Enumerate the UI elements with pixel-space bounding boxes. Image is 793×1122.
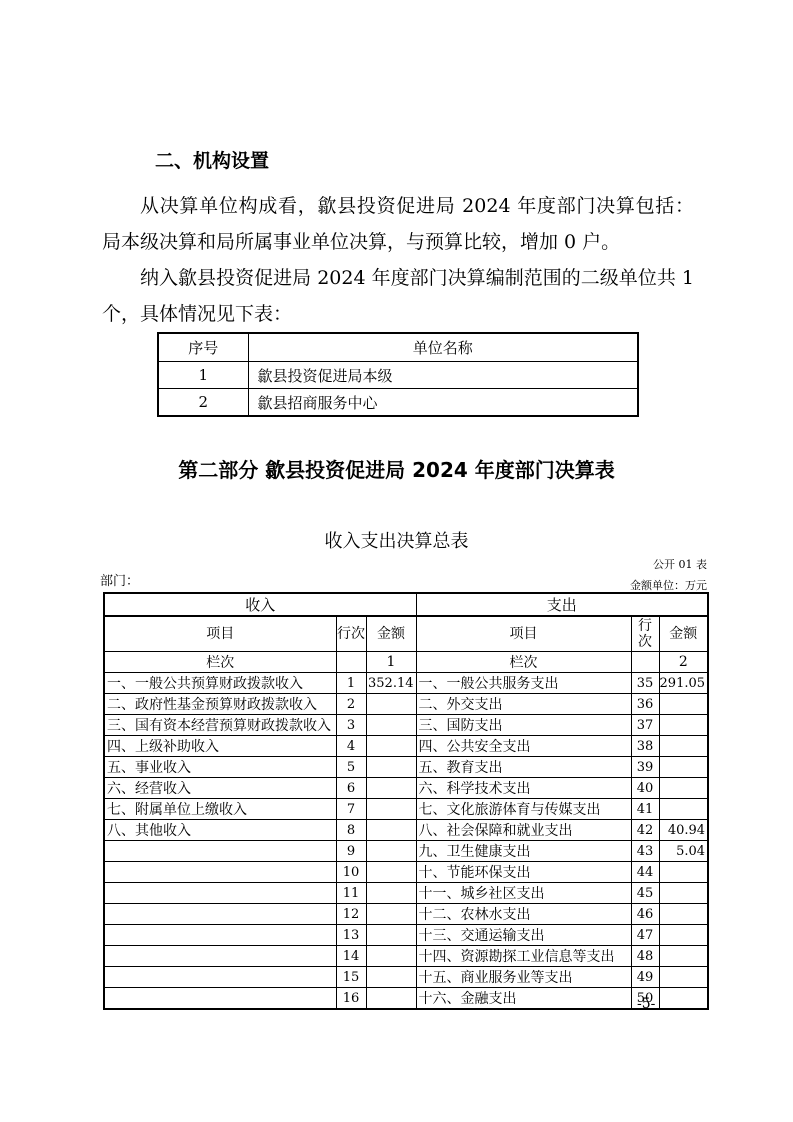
expense-group-header: 支出	[416, 593, 708, 616]
summary-data-row: 14十四、资源勘探工业信息等支出48	[104, 946, 708, 967]
expense-line-header: 行次	[631, 616, 659, 652]
income-amount-cell: 352.14	[366, 673, 416, 694]
unit-index-cell: 1	[158, 362, 248, 389]
empty-cell	[631, 652, 659, 673]
section-heading: 二、机构设置	[155, 146, 269, 173]
expense-item-cell: 十五、商业服务业等支出	[416, 967, 631, 988]
expense-amount-cell	[659, 799, 708, 820]
income-item-cell	[104, 946, 336, 967]
expense-amount-cell: 40.94	[659, 820, 708, 841]
summary-data-row: 16十六、金融支出50	[104, 988, 708, 1010]
expense-amount-cell: 5.04	[659, 841, 708, 862]
document-page: 二、机构设置 从决算单位构成看，歙县投资促进局 2024 年度部门决算包括：局本…	[0, 0, 793, 1122]
summary-data-row: 一、一般公共预算财政拨款收入1352.14一、一般公共服务支出35291.05	[104, 673, 708, 694]
units-header-index: 序号	[158, 333, 248, 362]
expense-item-cell: 九、卫生健康支出	[416, 841, 631, 862]
income-amount-cell	[366, 883, 416, 904]
expense-line-cell: 39	[631, 757, 659, 778]
summary-data-row: 三、国有资本经营预算财政拨款收入3三、国防支出37	[104, 715, 708, 736]
expense-item-cell: 六、科学技术支出	[416, 778, 631, 799]
income-item-header: 项目	[104, 616, 336, 652]
page-number: -5-	[637, 996, 655, 1012]
summary-table: 收入 支出 项目 行次 金额 项目 行次 金额 栏次 1 栏次 2 一、一般公共…	[103, 592, 709, 1010]
income-line-cell: 5	[336, 757, 366, 778]
summary-data-row: 八、其他收入8八、社会保障和就业支出4240.94	[104, 820, 708, 841]
income-item-cell	[104, 988, 336, 1010]
expense-line-cell: 47	[631, 925, 659, 946]
income-lanci-label: 栏次	[104, 652, 336, 673]
summary-data-row: 15十五、商业服务业等支出49	[104, 967, 708, 988]
income-line-cell: 16	[336, 988, 366, 1010]
expense-item-cell: 十六、金融支出	[416, 988, 631, 1010]
summary-data-row: 12十二、农林水支出46	[104, 904, 708, 925]
expense-line-cell: 45	[631, 883, 659, 904]
units-table-header-row: 序号 单位名称	[158, 333, 638, 362]
income-amount-cell	[366, 778, 416, 799]
income-item-cell: 六、经营收入	[104, 778, 336, 799]
income-amount-cell	[366, 862, 416, 883]
income-line-cell: 8	[336, 820, 366, 841]
paragraph-2: 纳入歙县投资促进局 2024 年度部门决算编制范围的二级单位共 1 个，具体情况…	[102, 260, 694, 332]
expense-item-cell: 七、文化旅游体育与传媒支出	[416, 799, 631, 820]
summary-data-row: 六、经营收入6六、科学技术支出40	[104, 778, 708, 799]
expense-amount-cell	[659, 694, 708, 715]
group-header-row: 收入 支出	[104, 593, 708, 616]
column-header-row: 项目 行次 金额 项目 行次 金额	[104, 616, 708, 652]
summary-table-body: 一、一般公共预算财政拨款收入1352.14一、一般公共服务支出35291.05二…	[104, 673, 708, 1010]
income-line-cell: 1	[336, 673, 366, 694]
expense-column-no: 2	[659, 652, 708, 673]
expense-line-cell: 48	[631, 946, 659, 967]
expense-item-cell: 五、教育支出	[416, 757, 631, 778]
income-line-cell: 10	[336, 862, 366, 883]
income-amount-cell	[366, 820, 416, 841]
income-amount-cell	[366, 799, 416, 820]
income-line-cell: 12	[336, 904, 366, 925]
income-amount-cell	[366, 694, 416, 715]
expense-amount-cell	[659, 925, 708, 946]
income-line-cell: 14	[336, 946, 366, 967]
income-item-cell	[104, 967, 336, 988]
income-amount-cell	[366, 757, 416, 778]
expense-line-cell: 36	[631, 694, 659, 715]
expense-amount-header: 金额	[659, 616, 708, 652]
income-column-no: 1	[366, 652, 416, 673]
table-code-label: 公开 01 表	[407, 556, 707, 572]
expense-line-cell: 35	[631, 673, 659, 694]
expense-item-cell: 二、外交支出	[416, 694, 631, 715]
income-amount-cell	[366, 946, 416, 967]
expense-amount-cell	[659, 778, 708, 799]
income-line-cell: 2	[336, 694, 366, 715]
expense-item-cell: 十四、资源勘探工业信息等支出	[416, 946, 631, 967]
summary-data-row: 10十、节能环保支出44	[104, 862, 708, 883]
income-line-cell: 4	[336, 736, 366, 757]
expense-line-cell: 37	[631, 715, 659, 736]
expense-amount-cell	[659, 757, 708, 778]
income-item-cell: 二、政府性基金预算财政拨款收入	[104, 694, 336, 715]
expense-line-cell: 42	[631, 820, 659, 841]
income-group-header: 收入	[104, 593, 416, 616]
empty-cell	[336, 652, 366, 673]
summary-table-title: 收入支出决算总表	[0, 527, 793, 553]
expense-item-cell: 十三、交通运输支出	[416, 925, 631, 946]
unit-name-cell: 歙县投资促进局本级	[248, 362, 638, 389]
income-item-cell: 五、事业收入	[104, 757, 336, 778]
unit-index-cell: 2	[158, 389, 248, 417]
expense-amount-cell	[659, 883, 708, 904]
income-amount-cell	[366, 988, 416, 1010]
unit-name-cell: 歙县招商服务中心	[248, 389, 638, 417]
summary-data-row: 五、事业收入5五、教育支出39	[104, 757, 708, 778]
expense-line-cell: 41	[631, 799, 659, 820]
income-item-cell	[104, 883, 336, 904]
summary-data-row: 二、政府性基金预算财政拨款收入2二、外交支出36	[104, 694, 708, 715]
part2-heading: 第二部分 歙县投资促进局 2024 年度部门决算表	[0, 454, 793, 483]
expense-item-cell: 十、节能环保支出	[416, 862, 631, 883]
expense-amount-cell: 291.05	[659, 673, 708, 694]
summary-data-row: 四、上级补助收入4四、公共安全支出38	[104, 736, 708, 757]
expense-amount-cell	[659, 988, 708, 1010]
expense-line-cell: 38	[631, 736, 659, 757]
summary-data-row: 11十一、城乡社区支出45	[104, 883, 708, 904]
units-table-row: 1歙县投资促进局本级	[158, 362, 638, 389]
units-table-body: 1歙县投资促进局本级2歙县招商服务中心	[158, 362, 638, 417]
income-line-cell: 3	[336, 715, 366, 736]
summary-data-row: 13十三、交通运输支出47	[104, 925, 708, 946]
expense-item-header: 项目	[416, 616, 631, 652]
income-line-cell: 6	[336, 778, 366, 799]
income-line-header: 行次	[336, 616, 366, 652]
expense-item-cell: 十二、农林水支出	[416, 904, 631, 925]
income-amount-cell	[366, 715, 416, 736]
income-item-cell: 四、上级补助收入	[104, 736, 336, 757]
income-item-cell: 八、其他收入	[104, 820, 336, 841]
income-amount-cell	[366, 841, 416, 862]
income-line-cell: 13	[336, 925, 366, 946]
income-amount-cell	[366, 967, 416, 988]
income-item-cell: 七、附属单位上缴收入	[104, 799, 336, 820]
units-table: 序号 单位名称 1歙县投资促进局本级2歙县招商服务中心	[157, 332, 639, 417]
expense-item-cell: 十一、城乡社区支出	[416, 883, 631, 904]
expense-item-cell: 三、国防支出	[416, 715, 631, 736]
expense-line-cell: 43	[631, 841, 659, 862]
summary-data-row: 9九、卫生健康支出435.04	[104, 841, 708, 862]
units-header-name: 单位名称	[248, 333, 638, 362]
summary-data-row: 七、附属单位上缴收入7七、文化旅游体育与传媒支出41	[104, 799, 708, 820]
expense-amount-cell	[659, 967, 708, 988]
expense-amount-cell	[659, 736, 708, 757]
income-item-cell: 三、国有资本经营预算财政拨款收入	[104, 715, 336, 736]
income-amount-cell	[366, 904, 416, 925]
expense-item-cell: 一、一般公共服务支出	[416, 673, 631, 694]
expense-line-cell: 46	[631, 904, 659, 925]
expense-amount-cell	[659, 904, 708, 925]
department-label: 部门：	[100, 570, 139, 589]
income-item-cell	[104, 841, 336, 862]
expense-line-cell: 40	[631, 778, 659, 799]
income-item-cell: 一、一般公共预算财政拨款收入	[104, 673, 336, 694]
income-line-cell: 15	[336, 967, 366, 988]
income-amount-cell	[366, 925, 416, 946]
expense-item-cell: 八、社会保障和就业支出	[416, 820, 631, 841]
income-item-cell	[104, 925, 336, 946]
income-amount-cell	[366, 736, 416, 757]
income-line-cell: 11	[336, 883, 366, 904]
expense-line-cell: 49	[631, 967, 659, 988]
income-item-cell	[104, 862, 336, 883]
expense-line-cell: 44	[631, 862, 659, 883]
amount-unit-label: 金额单位：万元	[407, 577, 707, 593]
expense-lanci-label: 栏次	[416, 652, 631, 673]
income-line-cell: 9	[336, 841, 366, 862]
expense-amount-cell	[659, 946, 708, 967]
expense-item-cell: 四、公共安全支出	[416, 736, 631, 757]
income-line-cell: 7	[336, 799, 366, 820]
income-item-cell	[104, 904, 336, 925]
body-paragraphs: 从决算单位构成看，歙县投资促进局 2024 年度部门决算包括：局本级决算和局所属…	[102, 188, 694, 332]
units-table-row: 2歙县招商服务中心	[158, 389, 638, 417]
expense-amount-cell	[659, 715, 708, 736]
paragraph-1: 从决算单位构成看，歙县投资促进局 2024 年度部门决算包括：局本级决算和局所属…	[102, 188, 694, 260]
column-number-row: 栏次 1 栏次 2	[104, 652, 708, 673]
expense-amount-cell	[659, 862, 708, 883]
income-amount-header: 金额	[366, 616, 416, 652]
